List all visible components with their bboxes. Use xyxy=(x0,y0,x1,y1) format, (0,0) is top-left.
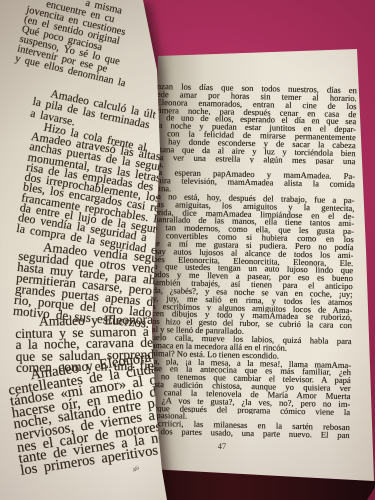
left-page: a mismaencuentre en cujovencita en cuest… xyxy=(0,0,375,500)
left-page-wrapper: a mismaencuentre en cujovencita en cuest… xyxy=(0,0,375,500)
left-text-block-3: Amadeo atravesó las altasanchas puertas … xyxy=(16,131,178,256)
book-photo: nzan los días que son todos nuestros, dí… xyxy=(0,0,375,500)
left-text-block-bottom: Amadeo y Eleonora feliccentelleantes de … xyxy=(6,347,199,477)
